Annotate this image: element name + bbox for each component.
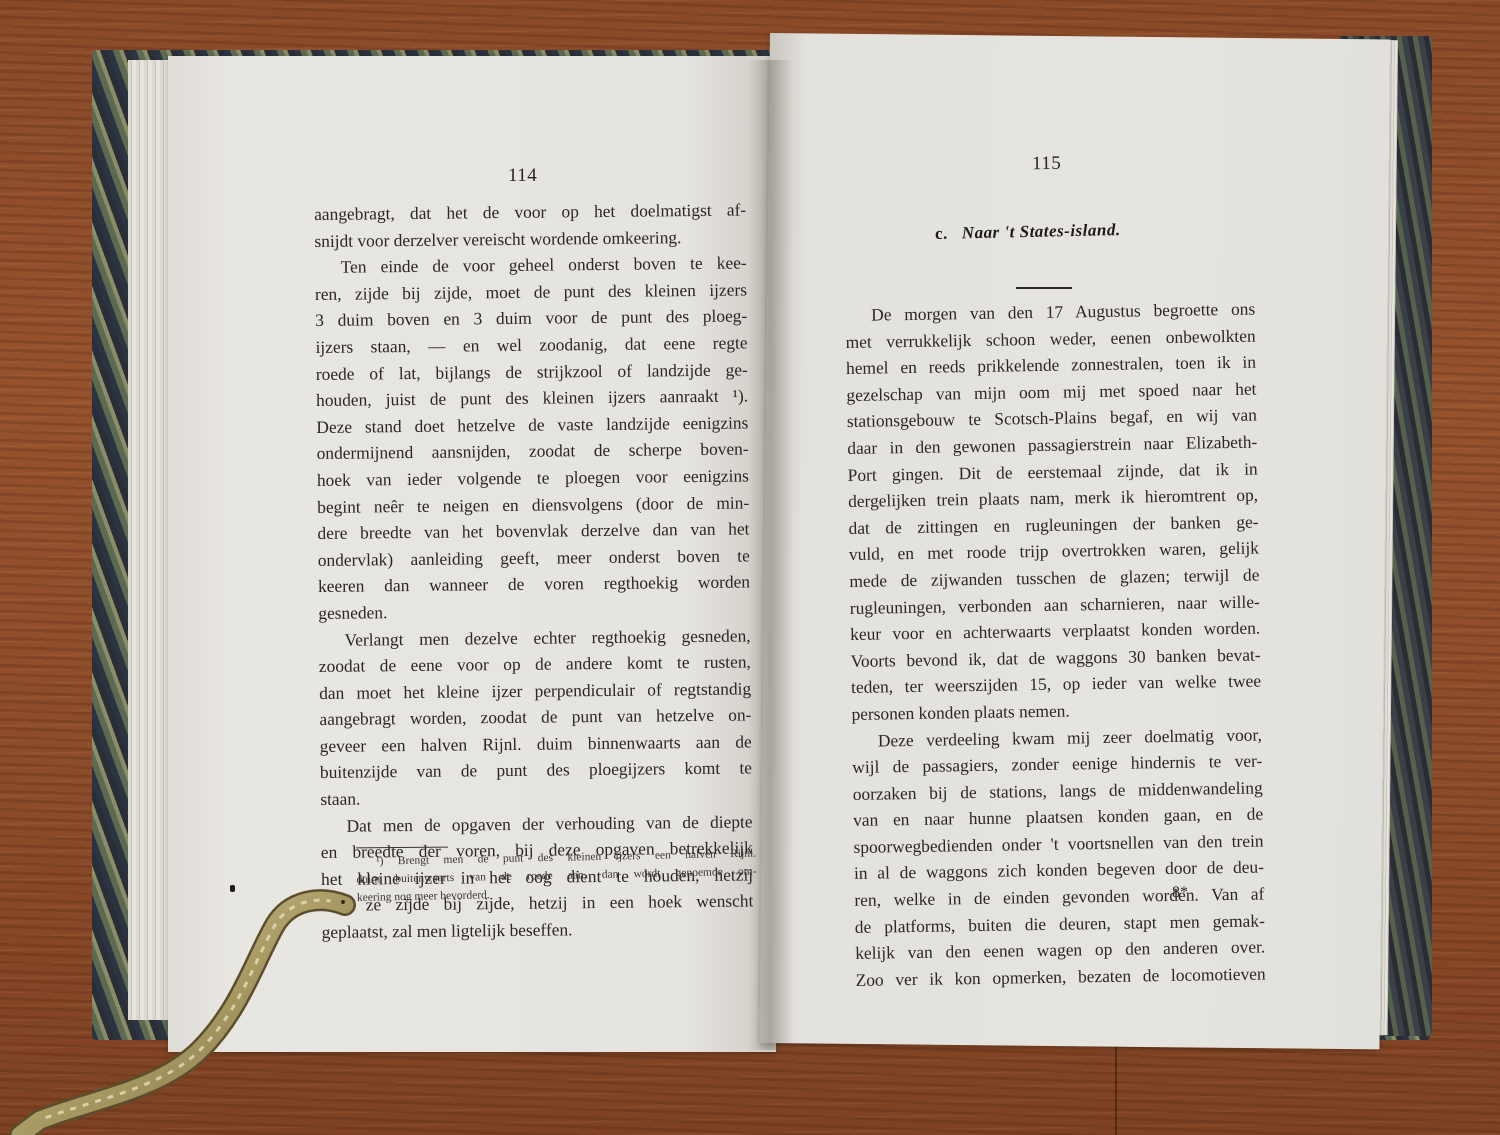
chapter-heading: c.Naar 't States-island. [935,220,1121,244]
text-line: houden, juist de punt des kleinen ijzers… [316,383,748,414]
ink-mark [230,885,235,892]
text-line: keeren dan wanneer de voren regthoekig w… [318,569,750,600]
section-marker: c. [935,224,948,243]
left-page-body: aangebragt, dat het de voor op het doelm… [314,196,754,945]
book-gutter [748,60,793,1050]
text-line: hoek van ieder volgende te ploegen voor … [317,462,749,493]
right-page-body: De morgen van den 17 Augustus begroette … [845,296,1266,994]
heading-divider [1016,287,1072,289]
page-number-left: 114 [508,165,537,187]
text-line: zoodat de eene voor op de andere komt te… [319,649,751,680]
chapter-title: Naar 't States-island. [962,220,1121,242]
page-number-right: 115 [1032,153,1062,175]
text-line: ijzers staan, — en wel zoodanig, dat een… [315,329,747,360]
text-line: geplaatst, zal men ligtelijk beseffen. [322,914,754,945]
text-line: Ten einde de voor geheel onderst boven t… [315,250,747,281]
text-line: buitenzijde van de punt des ploegijzers … [320,755,752,786]
text-line: aangebragt, dat het de voor op het doelm… [314,196,746,227]
footnote: ¹) Brengt men de punt des kleinen ijzers… [356,845,757,907]
text-line: dere breedte van het bovenvlak derzelve … [317,516,749,547]
signature-mark: 8* [1172,884,1188,902]
